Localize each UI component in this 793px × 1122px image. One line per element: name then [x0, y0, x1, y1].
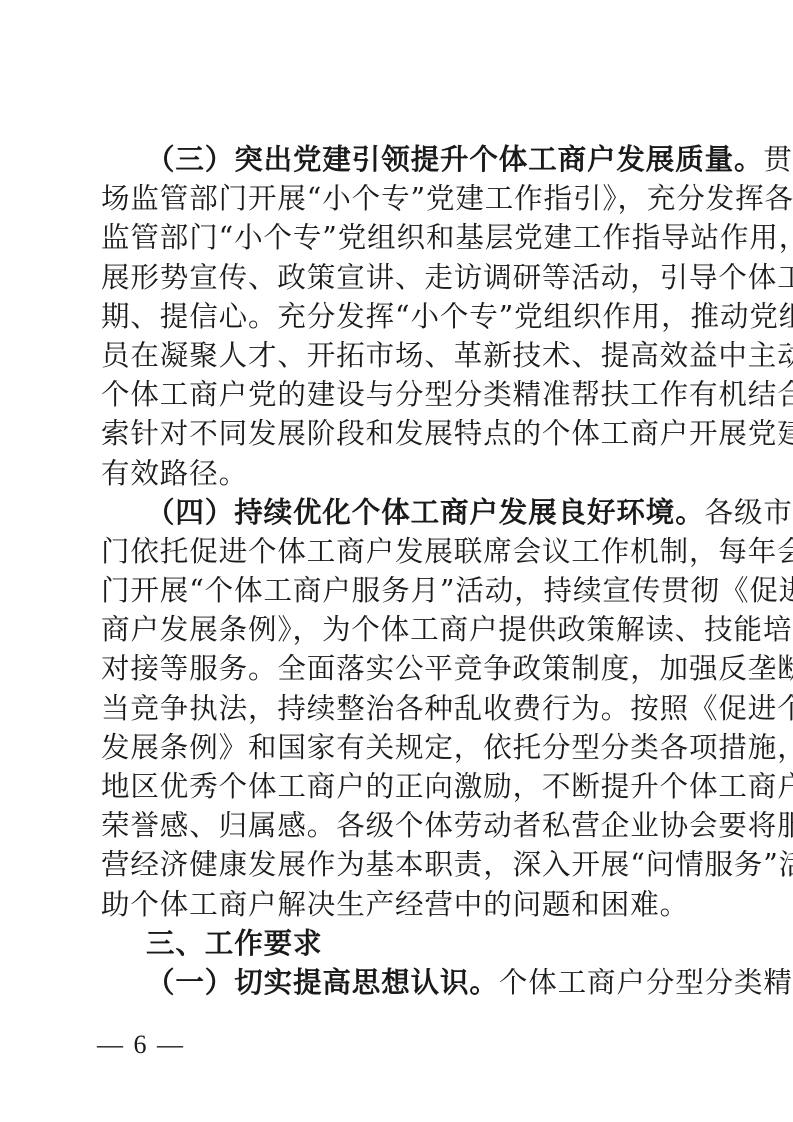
paragraph-line: 展形势宣传、政策宣讲、走访调研等活动，引导个体工商户稳预: [101, 258, 693, 297]
paragraph-party-building: （三）突出党建引领提升个体工商户发展质量。贯彻落实《市 场监管部门开展“小个专”…: [101, 140, 693, 493]
document-page: （三）突出党建引领提升个体工商户发展质量。贯彻落实《市 场监管部门开展“小个专”…: [0, 0, 793, 1122]
paragraph-line: 索针对不同发展阶段和发展特点的个体工商户开展党建工作的: [101, 414, 693, 453]
paragraph-line: 期、提信心。充分发挥“小个专”党组织作用，推动党组织和党: [101, 297, 693, 336]
line-text: 贯彻落实《市: [763, 143, 793, 176]
subsection-heading-1: （一）切实提高思想认识。: [146, 965, 499, 999]
paragraph-line: 门依托促进个体工商户发展联席会议工作机制，每年会同相关部: [101, 532, 693, 571]
paragraph-line: 场监管部门开展“小个专”党建工作指引》，充分发挥各级市场: [101, 179, 693, 218]
paragraph-line: 商户发展条例》，为个体工商户提供政策解读、技能培训、银商: [101, 610, 693, 649]
paragraph-line: 门开展“个体工商户服务月”活动，持续宣传贯彻《促进个体工: [101, 571, 693, 610]
subsection-heading-3: （三）突出党建引领提升个体工商户发展质量。: [146, 142, 763, 176]
paragraph-line: 营经济健康发展作为基本职责，深入开展“问情服务”活动，帮: [101, 845, 693, 884]
paragraph-line: （一）切实提高思想认识。个体工商户分型分类精准帮扶是: [101, 963, 693, 1002]
paragraph-line: （四）持续优化个体工商户发展良好环境。各级市场监管部: [101, 493, 693, 532]
paragraph-line: 员在凝聚人才、开拓市场、革新技术、提高效益中主动作为。将: [101, 336, 693, 375]
section-heading: 三、工作要求: [101, 924, 693, 963]
paragraph-line: （三）突出党建引领提升个体工商户发展质量。贯彻落实《市: [101, 140, 693, 179]
page-number: — 6 —: [97, 1030, 185, 1060]
paragraph-line: 有效路径。: [101, 454, 693, 493]
paragraph-line: 地区优秀个体工商户的正向激励，不断提升个体工商户经营者的: [101, 767, 693, 806]
document-body: （三）突出党建引领提升个体工商户发展质量。贯彻落实《市 场监管部门开展“小个专”…: [101, 140, 693, 1002]
line-text: 个体工商户分型分类精准帮扶是: [499, 966, 793, 999]
paragraph-business-environment: （四）持续优化个体工商户发展良好环境。各级市场监管部 门依托促进个体工商户发展联…: [101, 493, 693, 924]
paragraph-line: 监管部门“小个专”党组织和基层党建工作指导站作用，积极开: [101, 218, 693, 257]
paragraph-line: 荣誉感、归属感。各级个体劳动者私营企业协会要将服务个体私: [101, 806, 693, 845]
paragraph-raise-awareness: （一）切实提高思想认识。个体工商户分型分类精准帮扶是: [101, 963, 693, 1002]
paragraph-line: 发展条例》和国家有关规定，依托分型分类各项措施，加强对本: [101, 728, 693, 767]
paragraph-line: 对接等服务。全面落实公平竞争政策制度，加强反垄断和反不正: [101, 649, 693, 688]
paragraph-line: 个体工商户党的建设与分型分类精准帮扶工作有机结合，积极探: [101, 375, 693, 414]
paragraph-line: 当竞争执法，持续整治各种乱收费行为。按照《促进个体工商户: [101, 689, 693, 728]
line-text: 各级市场监管部: [705, 496, 793, 529]
subsection-heading-4: （四）持续优化个体工商户发展良好环境。: [146, 495, 705, 529]
paragraph-line: 助个体工商户解决生产经营中的问题和困难。: [101, 885, 693, 924]
